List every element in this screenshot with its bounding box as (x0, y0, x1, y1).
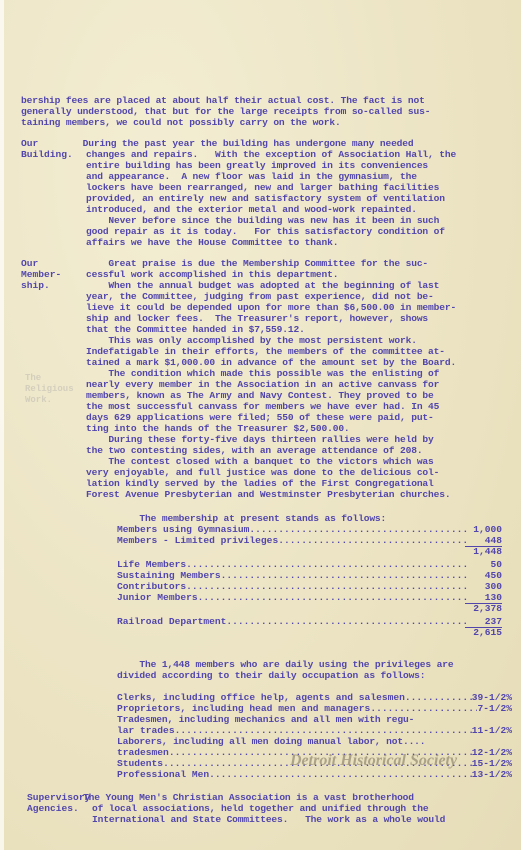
text-line: During these forty-five days thirteen ra… (86, 434, 434, 445)
text-line: that the Committee handed in $7,559.12. (86, 324, 305, 335)
table-row: Members using Gymnasium1,000 (117, 524, 502, 535)
text-line: days 629 applications were filed; 550 of… (86, 412, 434, 423)
text-line: ship and locker fees. The Treasurer's re… (86, 313, 428, 324)
occupation-row: Clerks, including office help, agents an… (117, 692, 512, 703)
text-line: lieve it could be depended upon for more… (86, 302, 456, 313)
text-line: bership fees are placed at about half th… (21, 95, 425, 106)
table-row: Contributors300 (117, 581, 502, 592)
text-line: generally understood, that but for the l… (21, 106, 430, 117)
text-line: provided, an entirely new and satisfacto… (86, 193, 445, 204)
text-line: This was only accomplished by the most p… (86, 335, 417, 346)
text-line: divided according to their daily occupat… (117, 670, 425, 681)
text-line: and appearance. A new floor was laid in … (86, 171, 417, 182)
margin-heading: Agencies. (27, 803, 79, 814)
text-line: Never before since the building was new … (86, 215, 439, 226)
table-row: Junior Members130 (117, 592, 502, 603)
table-row: Railroad Department237 (117, 616, 502, 627)
table-intro: The membership at present stands as foll… (117, 513, 386, 524)
bleed-through-text: The (25, 373, 41, 383)
text-line: of local associations, held together and… (92, 803, 428, 814)
text-line: International and State Committees. The … (92, 814, 445, 825)
scan-edge (0, 0, 4, 850)
text-line: Great praise is due the Membership Commi… (86, 258, 428, 269)
table-row: Sustaining Members450 (117, 570, 502, 581)
text-line: The condition which made this possible w… (86, 368, 439, 379)
occupation-row: lar trades11-1/2% (117, 725, 512, 736)
text-line: nearly every member in the Association i… (86, 379, 439, 390)
text-line: members, known as The Army and Navy Cont… (86, 390, 434, 401)
text-line: affairs we have the House Committee to t… (86, 237, 338, 248)
text-line: introduced, and the exterior metal and w… (86, 204, 417, 215)
margin-heading: Our (21, 258, 38, 269)
text-line: ting into the hands of the Treasurer $2,… (86, 423, 350, 434)
text-line: The Young Men's Christian Association is… (27, 792, 414, 803)
text-line: very enjoyable, and full justice was don… (86, 467, 439, 478)
margin-heading: Building. (21, 149, 73, 160)
text-line: lation kindly served by the ladies of th… (86, 478, 434, 489)
text-line: taining members, we could not possibly c… (21, 117, 341, 128)
text-line: During the past year the building has un… (21, 138, 414, 149)
occupation-label-line: Tradesmen, including mechanics and all m… (117, 714, 414, 725)
document-page: The Religious Work. bership fees are pla… (0, 0, 521, 850)
text-line: The contest closed with a banquet to the… (86, 456, 434, 467)
table-row: Members - Limited privileges448 (117, 535, 502, 546)
occupation-label-line: Laborers, including all men doing manual… (117, 736, 425, 747)
bleed-through-text: Work. (25, 395, 52, 405)
table-row: Life Members50 (117, 559, 502, 570)
text-line: Forest Avenue Presbyterian and Westminst… (86, 489, 450, 500)
table-total: 2,615 (117, 627, 502, 638)
margin-heading: ship. (21, 280, 50, 291)
text-line: year, the Committee, judging from past e… (86, 291, 434, 302)
text-line: good repair as it is today. For this sat… (86, 226, 445, 237)
text-line: entire building has been greatly improve… (86, 160, 428, 171)
text-line: The 1,448 members who are daily using th… (117, 659, 453, 670)
text-line: the most successful canvass for members … (86, 401, 439, 412)
text-line: the two contesting sides, with an averag… (86, 445, 422, 456)
occupation-row: Professional Men13-1/2% (117, 769, 512, 780)
text-line: Indefatigable in their efforts, the memb… (86, 346, 445, 357)
table-subtotal: 2,378 (117, 603, 502, 614)
text-line: changes and repairs. With the exception … (86, 149, 456, 160)
text-line: When the annual budget was adopted at th… (86, 280, 439, 291)
margin-heading: Member- (21, 269, 61, 280)
text-line: cessful work accomplished in this depart… (86, 269, 338, 280)
occupation-row: Proprietors, including head men and mana… (117, 703, 512, 714)
text-line: tained a mark $1,000.00 in advance of th… (86, 357, 456, 368)
bleed-through-text: Religious (25, 384, 74, 394)
watermark: Detroit Historical Society (290, 752, 457, 770)
text-line: lockers have been rearranged, new and la… (86, 182, 439, 193)
table-subtotal: 1,448 (117, 546, 502, 557)
